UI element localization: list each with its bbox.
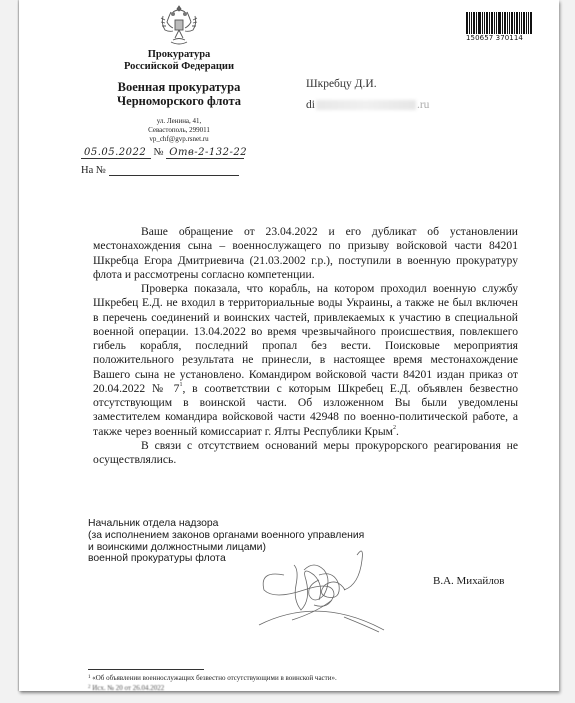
- outgoing-date: 05.05.2022: [81, 147, 151, 159]
- dept-line-1: Военная прокуратура: [79, 80, 279, 94]
- footnote-separator: [88, 669, 204, 670]
- footnote-2: 2 Исх. № 20 от 26.04.2022: [88, 683, 528, 691]
- coat-of-arms-icon: [157, 4, 201, 46]
- recipient-name: Шкребцу Д.И.: [306, 74, 429, 95]
- paragraph-1: Ваше обращение от 23.04.2022 и его дубли…: [93, 225, 518, 282]
- org-line-1: Прокуратура: [79, 49, 279, 61]
- email-start: di: [306, 99, 315, 111]
- signatory-title-line-2: (за исполнением законов органами военног…: [88, 530, 408, 542]
- paragraph-2-end: .: [396, 425, 399, 438]
- document-page: Прокуратура Российской Федерации Военная…: [19, 0, 559, 691]
- email-redacted-segment: [316, 100, 416, 110]
- barcode: 150657 370114: [466, 12, 536, 44]
- recipient-block: Шкребцу Д.И. di.ru: [306, 74, 429, 116]
- incoming-number-blank: [109, 165, 239, 176]
- footnotes: 1 «Об объявлении военнослужащих безвестн…: [88, 673, 528, 691]
- barcode-number: 150657 370114: [466, 34, 536, 42]
- footnote-1-mark: 1: [88, 675, 91, 680]
- email-end: .ru: [417, 99, 429, 111]
- paragraph-3: В связи с отсутствием оснований меры про…: [93, 439, 518, 468]
- signer-name: В.А. Михайлов: [433, 575, 505, 587]
- recipient-email: di.ru: [306, 95, 429, 116]
- signatory-title-line-1: Начальник отдела надзора: [88, 518, 408, 530]
- handwritten-signature-icon: [244, 545, 394, 635]
- number-sign: №: [154, 147, 164, 158]
- incoming-reference: На №: [81, 165, 239, 176]
- paragraph-2: Проверка показала, что корабль, на котор…: [93, 282, 518, 439]
- prosecutor-org-title: Прокуратура Российской Федерации: [79, 49, 279, 73]
- incoming-label: На №: [81, 165, 106, 176]
- outgoing-number: Отв-2-132-22: [166, 147, 244, 159]
- address-street: ул. Ленина, 41,: [79, 117, 279, 126]
- outgoing-reference: 05.05.2022 № Отв-2-132-22: [81, 147, 244, 159]
- letter-body: Ваше обращение от 23.04.2022 и его дубли…: [93, 225, 518, 467]
- address-city: Севастополь, 299011: [79, 126, 279, 135]
- footnote-2-mark: 2: [88, 685, 91, 690]
- barcode-bars: [466, 12, 536, 34]
- paragraph-2-text: Проверка показала, что корабль, на котор…: [93, 282, 518, 395]
- prosecutor-dept-title: Военная прокуратура Черноморского флота: [79, 80, 279, 108]
- org-line-2: Российской Федерации: [79, 61, 279, 73]
- sender-email: vp_chf@gvp.rsnet.ru: [79, 135, 279, 144]
- footnote-2-text: Исх. № 20 от 26.04.2022: [92, 684, 164, 691]
- sender-address: ул. Ленина, 41, Севастополь, 299011 vp_c…: [79, 117, 279, 144]
- footnote-1: 1 «Об объявлении военнослужащих безвестн…: [88, 673, 528, 683]
- dept-line-2: Черноморского флота: [79, 94, 279, 108]
- footnote-1-text: «Об объявлении военнослужащих безвестно …: [92, 674, 336, 682]
